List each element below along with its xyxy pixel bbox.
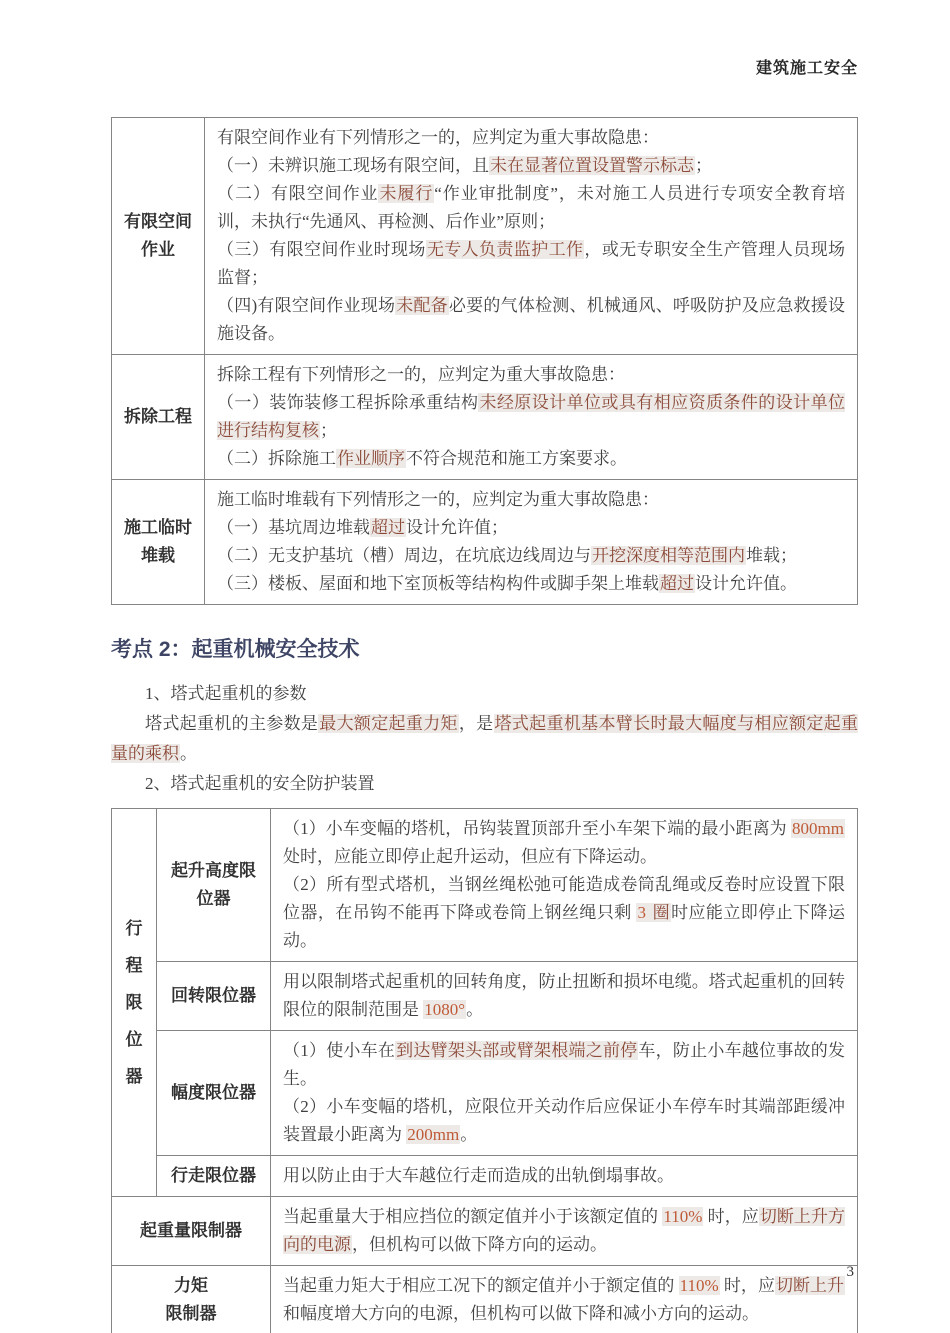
table-row-slewing-limiter: 回转限位器 用以限制塔式起重机的回转角度，防止扭断和损坏电缆。塔式起重机的回转限… — [112, 962, 858, 1031]
paragraph-crane-parameters: 1、塔式起重机的参数 — [111, 679, 858, 709]
paragraph-main-parameter: 塔式起重机的主参数是最大额定起重力矩，是塔式起重机基本臂长时最大幅度与相应额定起… — [111, 709, 858, 769]
table-row-moment-limiter: 力矩限制器 当起重力矩大于相应工况下的额定值并小于额定值的 110% 时，应切断… — [112, 1266, 858, 1333]
table-row-travel-limiter: 行走限位器 用以防止由于大车越位行走而造成的出轨倒塌事故。 — [112, 1156, 858, 1197]
group-label-travel-limiters: 行程限位器 — [112, 809, 157, 1197]
row-content-radius-limiter: （1）使小车在到达臂架头部或臂架根端之前停车，防止小车越位事故的发生。（2）小车… — [271, 1031, 858, 1156]
crane-safety-device-table: 行程限位器 起升高度限位器 （1）小车变幅的塔机，吊钩装置顶部升至小车架下端的最… — [111, 808, 858, 1333]
table-row-load-limiter: 起重量限制器 当起重量大于相应挡位的额定值并小于该额定值的 110% 时，应切断… — [112, 1197, 858, 1266]
row-label-travel-limiter: 行走限位器 — [157, 1156, 271, 1197]
document-page: 建筑施工安全 有限空间作业 有限空间作业有下列情形之一的，应判定为重大事故隐患：… — [0, 0, 950, 1333]
row-content-temporary-load: 施工临时堆载有下列情形之一的，应判定为重大事故隐患：（一）基坑周边堆载超过设计允… — [205, 480, 858, 605]
paragraph-safety-devices: 2、塔式起重机的安全防护装置 — [111, 769, 858, 799]
row-content-hoist-height-limiter: （1）小车变幅的塔机，吊钩装置顶部升至小车架下端的最小距离为 800mm 处时，… — [271, 809, 858, 962]
row-content-slewing-limiter: 用以限制塔式起重机的回转角度，防止扭断和损坏电缆。塔式起重机的回转限位的限制范围… — [271, 962, 858, 1031]
major-hazard-table: 有限空间作业 有限空间作业有下列情形之一的，应判定为重大事故隐患：（一）未辨识施… — [111, 117, 858, 605]
page-number: 3 — [847, 1264, 855, 1281]
row-label-moment-limiter: 力矩限制器 — [112, 1266, 271, 1333]
table-row-hoist-height-limiter: 行程限位器 起升高度限位器 （1）小车变幅的塔机，吊钩装置顶部升至小车架下端的最… — [112, 809, 858, 962]
row-label-load-limiter: 起重量限制器 — [112, 1197, 271, 1266]
table-row-temporary-load: 施工临时堆载 施工临时堆载有下列情形之一的，应判定为重大事故隐患：（一）基坑周边… — [112, 480, 858, 605]
row-content-load-limiter: 当起重量大于相应挡位的额定值并小于该额定值的 110% 时，应切断上升方向的电源… — [271, 1197, 858, 1266]
table-row-confined-space: 有限空间作业 有限空间作业有下列情形之一的，应判定为重大事故隐患：（一）未辨识施… — [112, 118, 858, 355]
row-content-moment-limiter: 当起重力矩大于相应工况下的额定值并小于额定值的 110% 时，应切断上升和幅度增… — [271, 1266, 858, 1333]
row-content-demolition: 拆除工程有下列情形之一的，应判定为重大事故隐患：（一）装饰装修工程拆除承重结构未… — [205, 355, 858, 480]
row-label-demolition: 拆除工程 — [112, 355, 205, 480]
row-content-travel-limiter: 用以防止由于大车越位行走而造成的出轨倒塌事故。 — [271, 1156, 858, 1197]
page-header: 建筑施工安全 — [111, 55, 858, 78]
group-label-text: 行程限位器 — [124, 910, 144, 1095]
section-heading: 考点 2：起重机械安全技术 — [111, 633, 858, 663]
row-content-confined-space: 有限空间作业有下列情形之一的，应判定为重大事故隐患：（一）未辨识施工现场有限空间… — [205, 118, 858, 355]
row-label-temporary-load: 施工临时堆载 — [112, 480, 205, 605]
header-title: 建筑施工安全 — [756, 60, 858, 77]
row-label-radius-limiter: 幅度限位器 — [157, 1031, 271, 1156]
table-row-radius-limiter: 幅度限位器 （1）使小车在到达臂架头部或臂架根端之前停车，防止小车越位事故的发生… — [112, 1031, 858, 1156]
table-row-demolition: 拆除工程 拆除工程有下列情形之一的，应判定为重大事故隐患：（一）装饰装修工程拆除… — [112, 355, 858, 480]
row-label-hoist-height-limiter: 起升高度限位器 — [157, 809, 271, 962]
row-label-confined-space: 有限空间作业 — [112, 118, 205, 355]
row-label-slewing-limiter: 回转限位器 — [157, 962, 271, 1031]
